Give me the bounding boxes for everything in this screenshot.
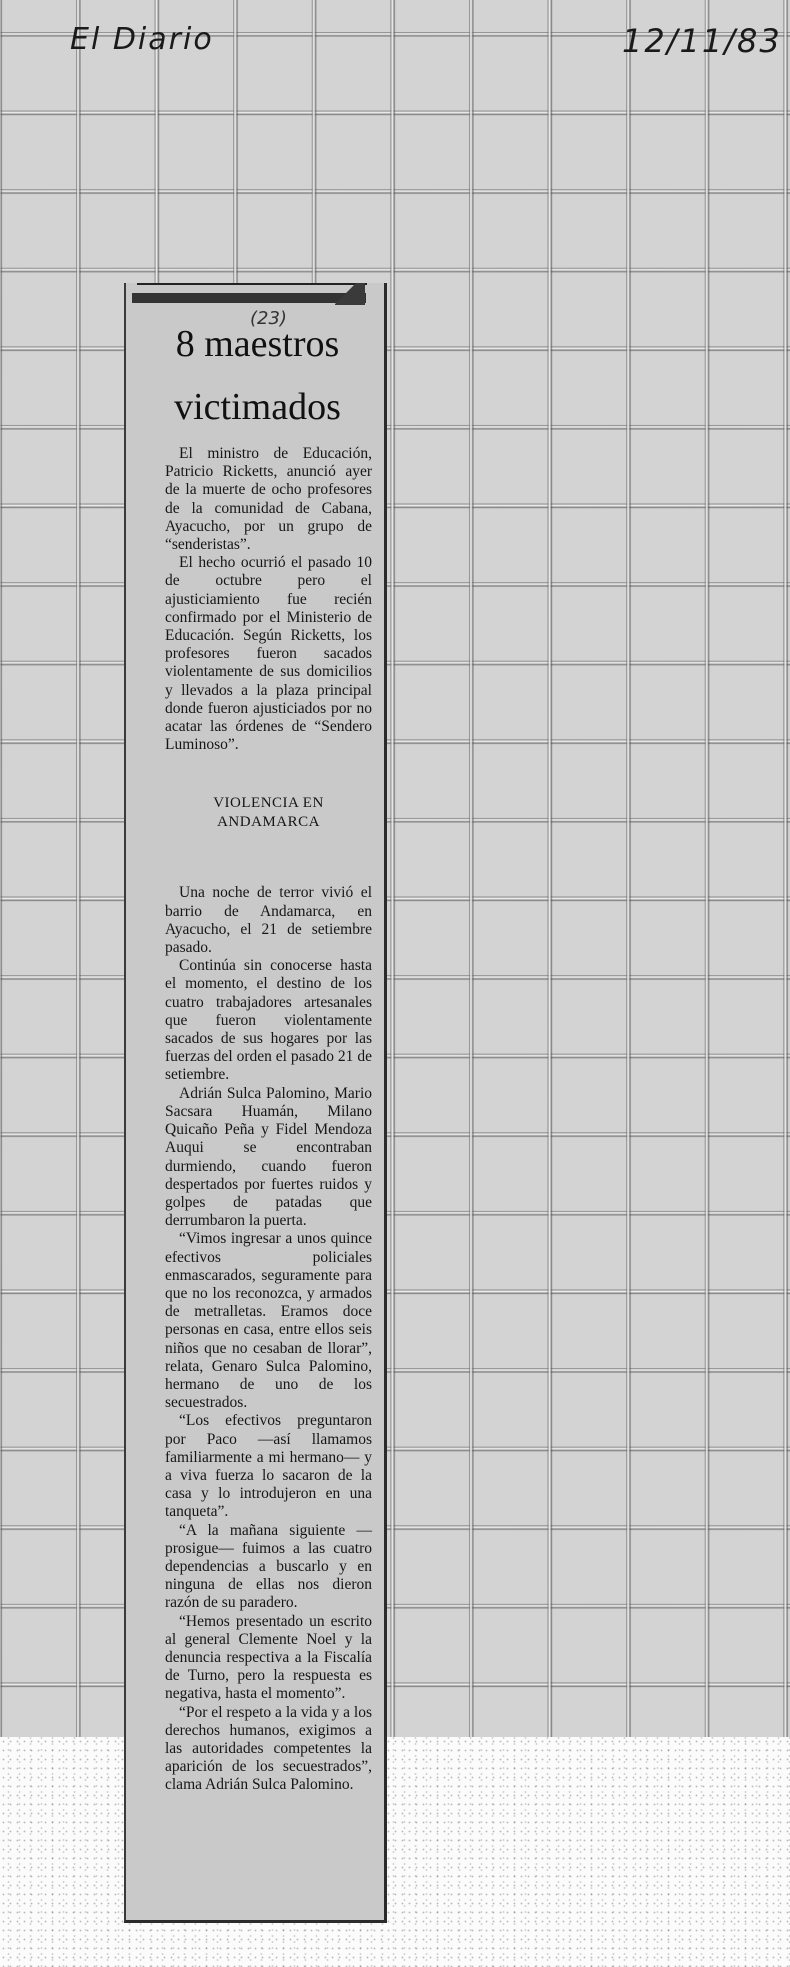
- paragraph: “Hemos presentado un escrito al general …: [165, 1613, 372, 1704]
- handwritten-newspaper-name: El Diario: [70, 22, 214, 57]
- paragraph: “Los efectivos preguntaron por Paco —así…: [165, 1412, 372, 1521]
- handwritten-date: 12/11/83: [622, 22, 782, 60]
- paragraph: El ministro de Educación, Patricio Ricke…: [165, 445, 372, 554]
- paragraph: Una noche de terror vivió el barrio de A…: [165, 884, 372, 957]
- paragraph: “Vimos ingresar a unos quince efectivos …: [165, 1230, 372, 1412]
- paragraph: El hecho ocurrió el pasado 10 de octubre…: [165, 554, 372, 754]
- clipping-top-bar: [132, 293, 366, 303]
- scan-lower-margin: [0, 1737, 790, 1967]
- article-body: El ministro de Educación, Patricio Ricke…: [165, 445, 372, 1795]
- headline-line-1: 8 maestros: [140, 325, 375, 363]
- subheading-line-2: ANDAMARCA: [217, 814, 320, 830]
- paragraph: “A la mañana siguiente —prosigue— fuimos…: [165, 1522, 372, 1613]
- subheading-line-1: VIOLENCIA EN: [213, 795, 324, 811]
- paragraph: Continúa sin conocerse hasta el momento,…: [165, 957, 372, 1084]
- headline-line-2: victimados: [140, 388, 375, 426]
- graph-paper-background: [0, 0, 790, 1967]
- clipping-top-rule: [137, 283, 367, 285]
- subheading: VIOLENCIA EN ANDAMARCA: [165, 794, 372, 832]
- clipping-corner: [335, 283, 365, 305]
- paragraph: Adrián Sulca Palomino, Mario Sacsara Hua…: [165, 1085, 372, 1231]
- paragraph: “Por el respeto a la vida y a los derech…: [165, 1704, 372, 1795]
